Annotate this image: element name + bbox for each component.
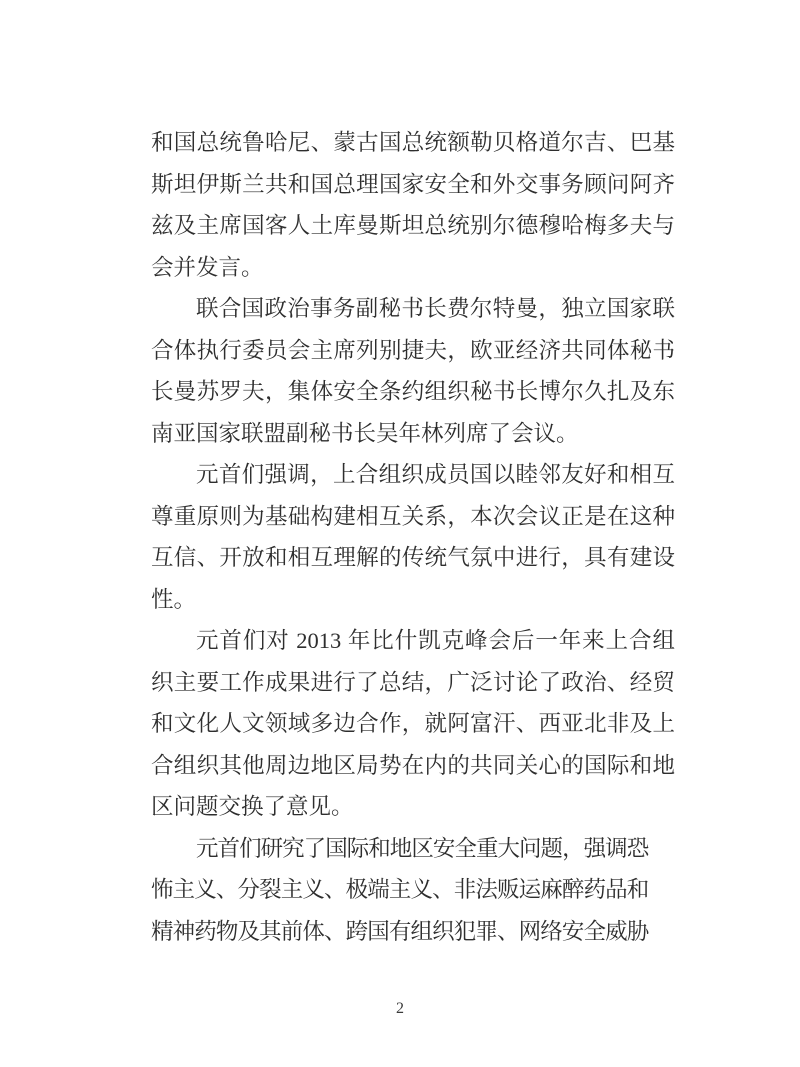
paragraph: 联合国政治事务副秘书长费尔特曼，独立国家联 合体执行委员会主席列别捷夫，欧亚经济… — [151, 288, 675, 454]
text-line: 怖主义、分裂主义、极端主义、非法贩运麻醉药品和 — [151, 869, 648, 911]
text-line: 和国总统鲁哈尼、蒙古国总统额勒贝格道尔吉、巴基 — [151, 122, 675, 164]
paragraph: 元首们研究了国际和地区安全重大问题，强调恐 怖主义、分裂主义、极端主义、非法贩运… — [151, 828, 675, 953]
text-line: 和文化人文领域多边合作，就阿富汗、西亚北非及上 — [151, 703, 675, 745]
text-line: 长曼苏罗夫，集体安全条约组织秘书长博尔久扎及东 — [151, 371, 675, 413]
text-line: 斯坦伊斯兰共和国总理国家安全和外交事务顾问阿齐 — [151, 164, 675, 206]
text-line: 区问题交换了意见。 — [151, 786, 675, 828]
document-body: 和国总统鲁哈尼、蒙古国总统额勒贝格道尔吉、巴基 斯坦伊斯兰共和国总理国家安全和外… — [151, 122, 675, 952]
text-line: 织主要工作成果进行了总结，广泛讨论了政治、经贸 — [151, 662, 675, 704]
text-line: 合体执行委员会主席列别捷夫，欧亚经济共同体秘书 — [151, 330, 675, 372]
text-line: 性。 — [151, 579, 675, 621]
text-line: 互信、开放和相互理解的传统气氛中进行，具有建设 — [151, 537, 675, 579]
paragraph: 和国总统鲁哈尼、蒙古国总统额勒贝格道尔吉、巴基 斯坦伊斯兰共和国总理国家安全和外… — [151, 122, 675, 288]
page-number: 2 — [0, 999, 800, 1019]
text-line: 精神药物及其前体、跨国有组织犯罪、网络安全威胁 — [151, 911, 648, 953]
text-line: 尊重原则为基础构建相互关系，本次会议正是在这种 — [151, 496, 675, 538]
paragraph: 元首们对 2013 年比什凯克峰会后一年来上合组 织主要工作成果进行了总结，广泛… — [151, 620, 675, 828]
paragraph: 元首们强调，上合组织成员国以睦邻友好和相互 尊重原则为基础构建相互关系，本次会议… — [151, 454, 675, 620]
text-line: 联合国政治事务副秘书长费尔特曼，独立国家联 — [151, 288, 675, 330]
text-line: 南亚国家联盟副秘书长吴年林列席了会议。 — [151, 413, 675, 455]
text-line: 兹及主席国客人土库曼斯坦总统别尔德穆哈梅多夫与 — [151, 205, 675, 247]
text-line: 合组织其他周边地区局势在内的共同关心的国际和地 — [151, 745, 675, 787]
text-line: 元首们强调，上合组织成员国以睦邻友好和相互 — [151, 454, 675, 496]
text-line: 元首们研究了国际和地区安全重大问题，强调恐 — [151, 828, 648, 870]
document-page: 和国总统鲁哈尼、蒙古国总统额勒贝格道尔吉、巴基 斯坦伊斯兰共和国总理国家安全和外… — [0, 0, 800, 1067]
text-line: 元首们对 2013 年比什凯克峰会后一年来上合组 — [151, 620, 675, 662]
text-line: 会并发言。 — [151, 247, 675, 289]
